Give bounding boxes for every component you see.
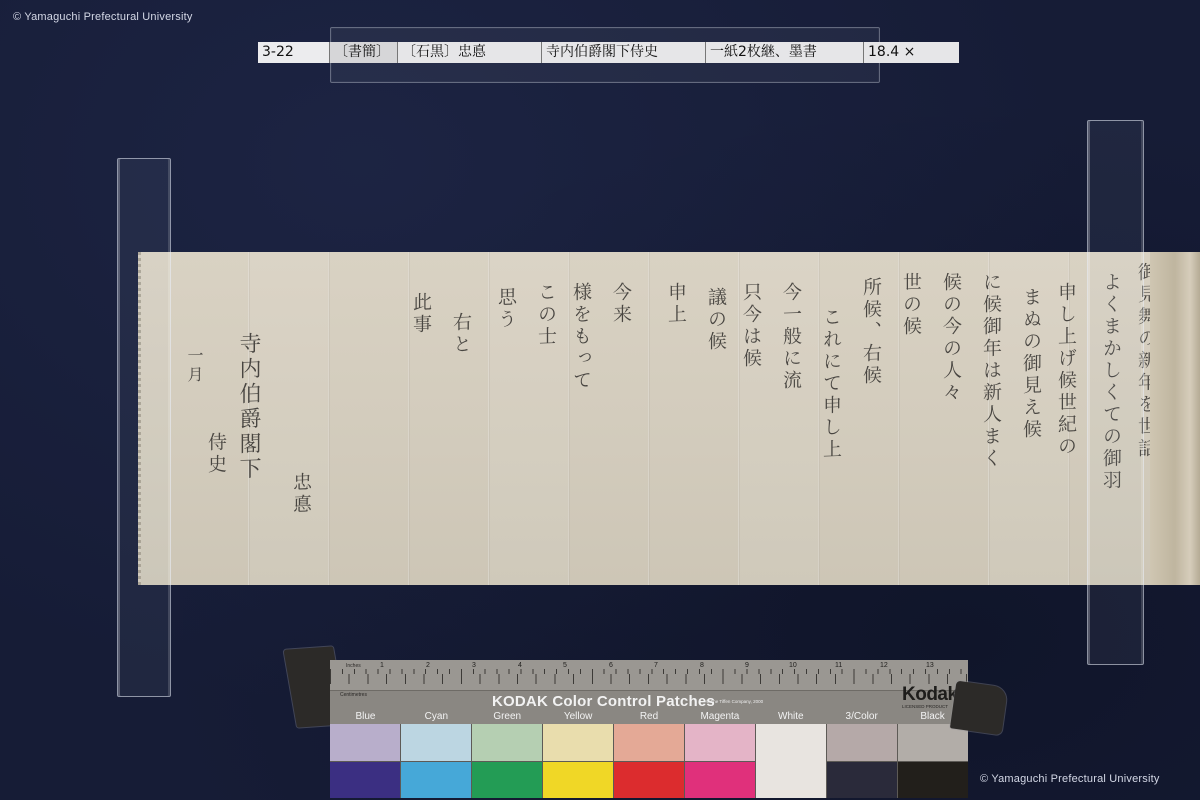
patch-black-dark (898, 762, 968, 799)
patch-label-3color: 3/Color (826, 710, 897, 723)
script-column: 右と (448, 312, 475, 357)
patch-blue-light (330, 724, 400, 761)
inch-mark: 2 (426, 662, 430, 669)
inch-mark: 5 (563, 662, 567, 669)
patch-red-light (614, 724, 684, 761)
script-column: まぬの御見え候 (1018, 287, 1045, 442)
acrylic-weight-left (117, 158, 171, 697)
patch-label-cyan: Cyan (401, 710, 472, 723)
script-column: 候の今の人々 (938, 272, 965, 405)
script-column: 申上 (663, 282, 690, 327)
acrylic-weight-right (1087, 120, 1144, 665)
script-column: この士 (533, 282, 560, 349)
patch-label-white: White (755, 710, 826, 723)
catalog-type: 〔書簡〕 (330, 42, 398, 63)
script-column: 只今は候 (738, 282, 765, 371)
script-column: に候御年は新人まく (978, 272, 1005, 471)
patch-label-green: Green (472, 710, 543, 723)
patch-green-dark (472, 762, 542, 799)
kodak-logo: Kodak (902, 684, 958, 706)
patch-green-light (472, 724, 542, 761)
inch-mark: 4 (518, 662, 522, 669)
patch-label-blue: Blue (330, 710, 401, 723)
script-column: これにて申し上 (818, 307, 845, 462)
card-copyright: © The Tiffen Company, 2000 (706, 699, 763, 704)
paper-roll-curl (1150, 252, 1200, 585)
copyright-notice-bottom: © Yamaguchi Prefectural University (980, 773, 1160, 785)
patch-3color-light (827, 724, 897, 761)
inch-mark: 8 (700, 662, 704, 669)
inch-mark: 10 (789, 662, 797, 669)
script-column: 思う (493, 287, 520, 332)
script-column: 所候、右候 (858, 277, 885, 388)
patch-yellow-dark (543, 762, 613, 799)
inch-mark: 11 (835, 662, 842, 669)
patch-3color-dark (827, 762, 897, 799)
patch-white (756, 724, 826, 798)
copyright-notice-top: © Yamaguchi Prefectural University (13, 11, 193, 23)
patch-magenta-dark (685, 762, 755, 799)
inch-mark: 7 (654, 662, 658, 669)
script-column: 申し上げ候世紀の (1053, 282, 1080, 459)
script-column: 議の候 (703, 287, 730, 354)
licensed-product-text: LICENSED PRODUCT (902, 704, 948, 709)
inch-mark: 1 (380, 662, 384, 669)
patch-label-yellow: Yellow (543, 710, 614, 723)
color-patch-grid (330, 724, 968, 798)
fold-line (488, 252, 490, 585)
catalog-recipient: 寺内伯爵閣下侍史 (542, 42, 706, 63)
patch-yellow-light (543, 724, 613, 761)
patch-label-magenta: Magenta (684, 710, 755, 723)
inch-mark: 9 (745, 662, 749, 669)
patch-blue-dark (330, 762, 400, 799)
card-title: KODAK Color Control Patches (492, 693, 715, 710)
script-column: 様をもって (568, 282, 595, 393)
fold-line (328, 252, 330, 585)
inch-mark: 3 (472, 662, 476, 669)
centimetres-label: Centimetres (340, 692, 367, 698)
patch-magenta-light (685, 724, 755, 761)
patch-black-light (898, 724, 968, 761)
ruler: Inches Centimetres 1 2 3 4 5 6 7 8 9 10 … (330, 660, 968, 691)
inches-label: Inches (346, 663, 361, 669)
catalog-author: 〔石黒〕忠悳 (398, 42, 542, 63)
catalog-number: 3-22 (258, 42, 330, 63)
patch-cyan-dark (401, 762, 471, 799)
kodak-color-card: Inches Centimetres 1 2 3 4 5 6 7 8 9 10 … (330, 660, 968, 798)
catalog-label: 3-22 〔書簡〕 〔石黒〕忠悳 寺内伯爵閣下侍史 一紙2枚継、墨書 18.4 … (258, 42, 959, 63)
cm-ticks (330, 674, 968, 690)
patch-red-dark (614, 762, 684, 799)
letter-paper: 御見舞の新年を世話 よくまかしくての御羽 申し上げ候世紀の まぬの御見え候 に候… (138, 252, 1200, 585)
script-column: 此事 (408, 292, 435, 337)
script-column: 世の候 (898, 272, 925, 339)
inch-mark: 13 (926, 662, 934, 669)
fold-line (648, 252, 650, 585)
script-column-date: 一月 (183, 347, 206, 386)
script-column-signature: 忠悳 (288, 472, 315, 517)
patch-labels: Blue Cyan Green Yellow Red Magenta White… (330, 710, 968, 723)
script-column-honorific: 侍史 (203, 432, 230, 477)
patch-label-red: Red (614, 710, 685, 723)
catalog-dimensions: 18.4 × (864, 42, 959, 63)
catalog-format: 一紙2枚継、墨書 (706, 42, 864, 63)
inch-mark: 12 (880, 662, 888, 669)
inch-mark: 6 (609, 662, 613, 669)
script-column: 今来 (608, 282, 635, 327)
patch-cyan-light (401, 724, 471, 761)
script-column-recipient: 寺内伯爵閣下 (233, 331, 264, 482)
tape-right (950, 681, 1008, 736)
script-column: 今一般に流 (778, 282, 805, 393)
